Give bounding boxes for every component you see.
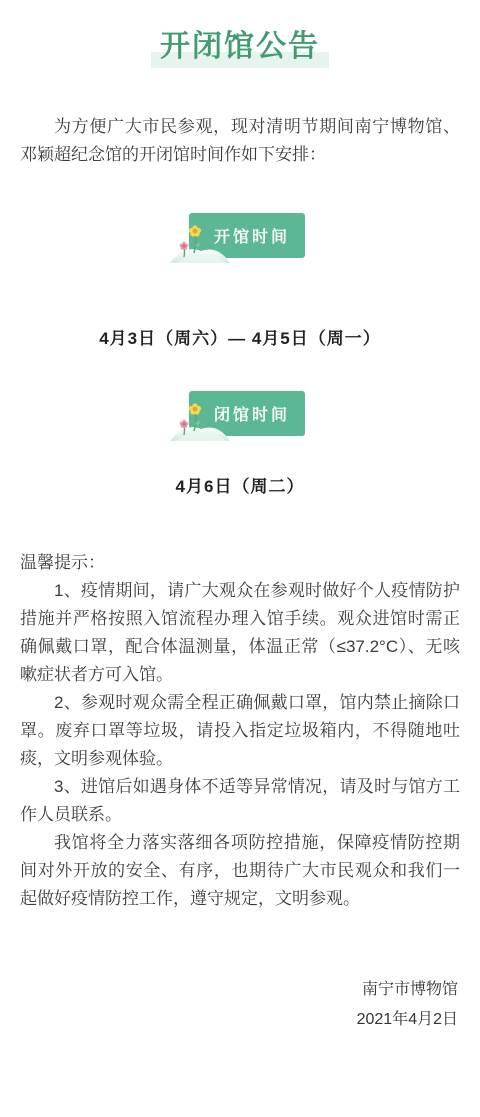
tip-paragraph: 1、疫情期间，请广大观众在参观时做好个人疫情防护措施并严格按照入馆流程办理入馆手… xyxy=(20,577,460,689)
open-time-badge: 开馆时间 xyxy=(189,213,305,258)
pink-flower xyxy=(180,242,189,250)
signature-date: 2021年4月2日 xyxy=(0,1005,460,1035)
announcement-page: 开闭馆公告 为方便广大市民参观，现对清明节期间南宁博物馆、邓颖超纪念馆的开闭馆时… xyxy=(0,30,480,1035)
tip-paragraph: 2、参观时观众需全程正确佩戴口罩，馆内禁止摘除口罩。废弃口罩等垃圾，请投入指定垃… xyxy=(20,689,460,773)
title-wrap: 开闭馆公告 xyxy=(0,30,480,64)
open-time-badge-label: 开馆时间 xyxy=(204,224,290,247)
intro-paragraph: 为方便广大市民参观，现对清明节期间南宁博物馆、邓颖超纪念馆的开闭馆时间作如下安排… xyxy=(20,113,460,169)
signature-org: 南宁市博物馆 xyxy=(0,975,460,1005)
tip-paragraph: 3、进馆后如遇身体不适等异常情况，请及时与馆方工作人员联系。 xyxy=(20,773,460,829)
open-dates: 4月3日（周六）— 4月5日（周一） xyxy=(0,325,480,353)
signature-block: 南宁市博物馆 2021年4月2日 xyxy=(0,975,460,1035)
close-dates: 4月6日（周二） xyxy=(0,473,480,501)
tip-paragraph: 我馆将全力落实落细各项防控措施，保障疫情防控期间对外开放的安全、有序，也期待广大… xyxy=(20,829,460,913)
tips-heading: 温馨提示： xyxy=(20,549,460,577)
yellow-flower xyxy=(189,225,201,236)
tips-section: 温馨提示： 1、疫情期间，请广大观众在参观时做好个人疫情防护措施并严格按照入馆流… xyxy=(20,549,460,913)
open-time-badge-row: 开馆时间 xyxy=(0,213,480,258)
yellow-flower xyxy=(189,403,201,414)
close-time-badge: 闭馆时间 xyxy=(189,391,305,436)
page-title: 开闭馆公告 xyxy=(160,30,320,64)
close-time-badge-label: 闭馆时间 xyxy=(204,402,290,425)
pink-flower xyxy=(180,420,189,428)
close-time-badge-row: 闭馆时间 xyxy=(0,391,480,436)
page-title-text: 开闭馆公告 xyxy=(160,30,320,63)
